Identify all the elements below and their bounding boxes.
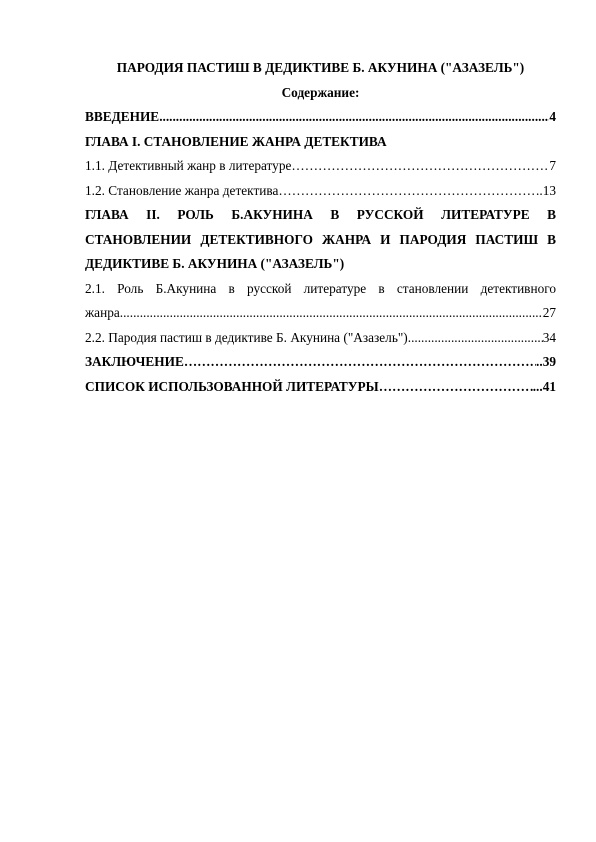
toc-entry-label: 2.2. Пародия пастиш в дедиктиве Б. Акуни… <box>85 326 408 351</box>
toc-entry-1-1[interactable]: 1.1. Детективный жанр в литературе 7 <box>85 154 556 179</box>
toc-entry-label: СПИСОК ИСПОЛЬЗОВАННОЙ ЛИТЕРАТУРЫ <box>85 375 379 400</box>
dot-leader <box>278 179 536 204</box>
toc-page-number: 7 <box>549 154 556 179</box>
toc-page-number: 4 <box>549 105 556 130</box>
toc-entry-label-line: ГЛАВА II. РОЛЬ Б.АКУНИНА В РУССКОЙ ЛИТЕР… <box>85 203 556 228</box>
toc-entry-label-line: ДЕДИКТИВЕ Б. АКУНИНА ("АЗАЗЕЛЬ") <box>85 252 556 277</box>
toc-entry-chapter-2[interactable]: ГЛАВА II. РОЛЬ Б.АКУНИНА В РУССКОЙ ЛИТЕР… <box>85 203 556 277</box>
toc-entry-1-2[interactable]: 1.2. Становление жанра детектива ..13 <box>85 179 556 204</box>
contents-heading: Содержание: <box>85 81 556 106</box>
toc-page-number: 34 <box>543 326 556 351</box>
toc-page-number: ...41 <box>533 375 556 400</box>
toc-entry-2-1[interactable]: 2.1. Роль Б.Акунина в русской литературе… <box>85 277 556 326</box>
document-page: ПАРОДИЯ ПАСТИШ В ДЕДИКТИВЕ Б. АКУНИНА ("… <box>85 56 556 399</box>
toc-entry-chapter-1[interactable]: ГЛАВА I. СТАНОВЛЕНИЕ ЖАНРА ДЕТЕКТИВА <box>85 130 556 155</box>
toc-entry-label: 1.2. Становление жанра детектива <box>85 179 278 204</box>
document-title: ПАРОДИЯ ПАСТИШ В ДЕДИКТИВЕ Б. АКУНИНА ("… <box>85 56 556 81</box>
toc-entry-label: ЗАКЛЮЧЕНИЕ <box>85 350 184 375</box>
dot-leader <box>291 154 549 179</box>
dot-leader <box>408 326 543 351</box>
dot-leader <box>120 301 543 326</box>
dot-leader <box>184 350 536 375</box>
toc-entry-label: 1.1. Детективный жанр в литературе <box>85 154 291 179</box>
dot-leader <box>379 375 533 400</box>
toc-entry-label-line: жанра <box>85 301 120 326</box>
toc-page-number: 27 <box>543 301 556 326</box>
toc-entry-label: ВВЕДЕНИЕ <box>85 105 159 130</box>
toc-entry-bibliography[interactable]: СПИСОК ИСПОЛЬЗОВАННОЙ ЛИТЕРАТУРЫ ...41 <box>85 375 556 400</box>
toc-entry-2-2[interactable]: 2.2. Пародия пастиш в дедиктиве Б. Акуни… <box>85 326 556 351</box>
toc-entry-label-line: 2.1. Роль Б.Акунина в русской литературе… <box>85 277 556 302</box>
toc-entry-label: ГЛАВА I. СТАНОВЛЕНИЕ ЖАНРА ДЕТЕКТИВА <box>85 134 387 149</box>
toc-entry-conclusion[interactable]: ЗАКЛЮЧЕНИЕ ..39 <box>85 350 556 375</box>
dot-leader <box>159 105 549 130</box>
toc-page-number: ..39 <box>536 350 556 375</box>
toc-entry-introduction[interactable]: ВВЕДЕНИЕ 4 <box>85 105 556 130</box>
toc-entry-label-line: СТАНОВЛЕНИИ ДЕТЕКТИВНОГО ЖАНРА И ПАРОДИЯ… <box>85 228 556 253</box>
toc-page-number: ..13 <box>536 179 556 204</box>
